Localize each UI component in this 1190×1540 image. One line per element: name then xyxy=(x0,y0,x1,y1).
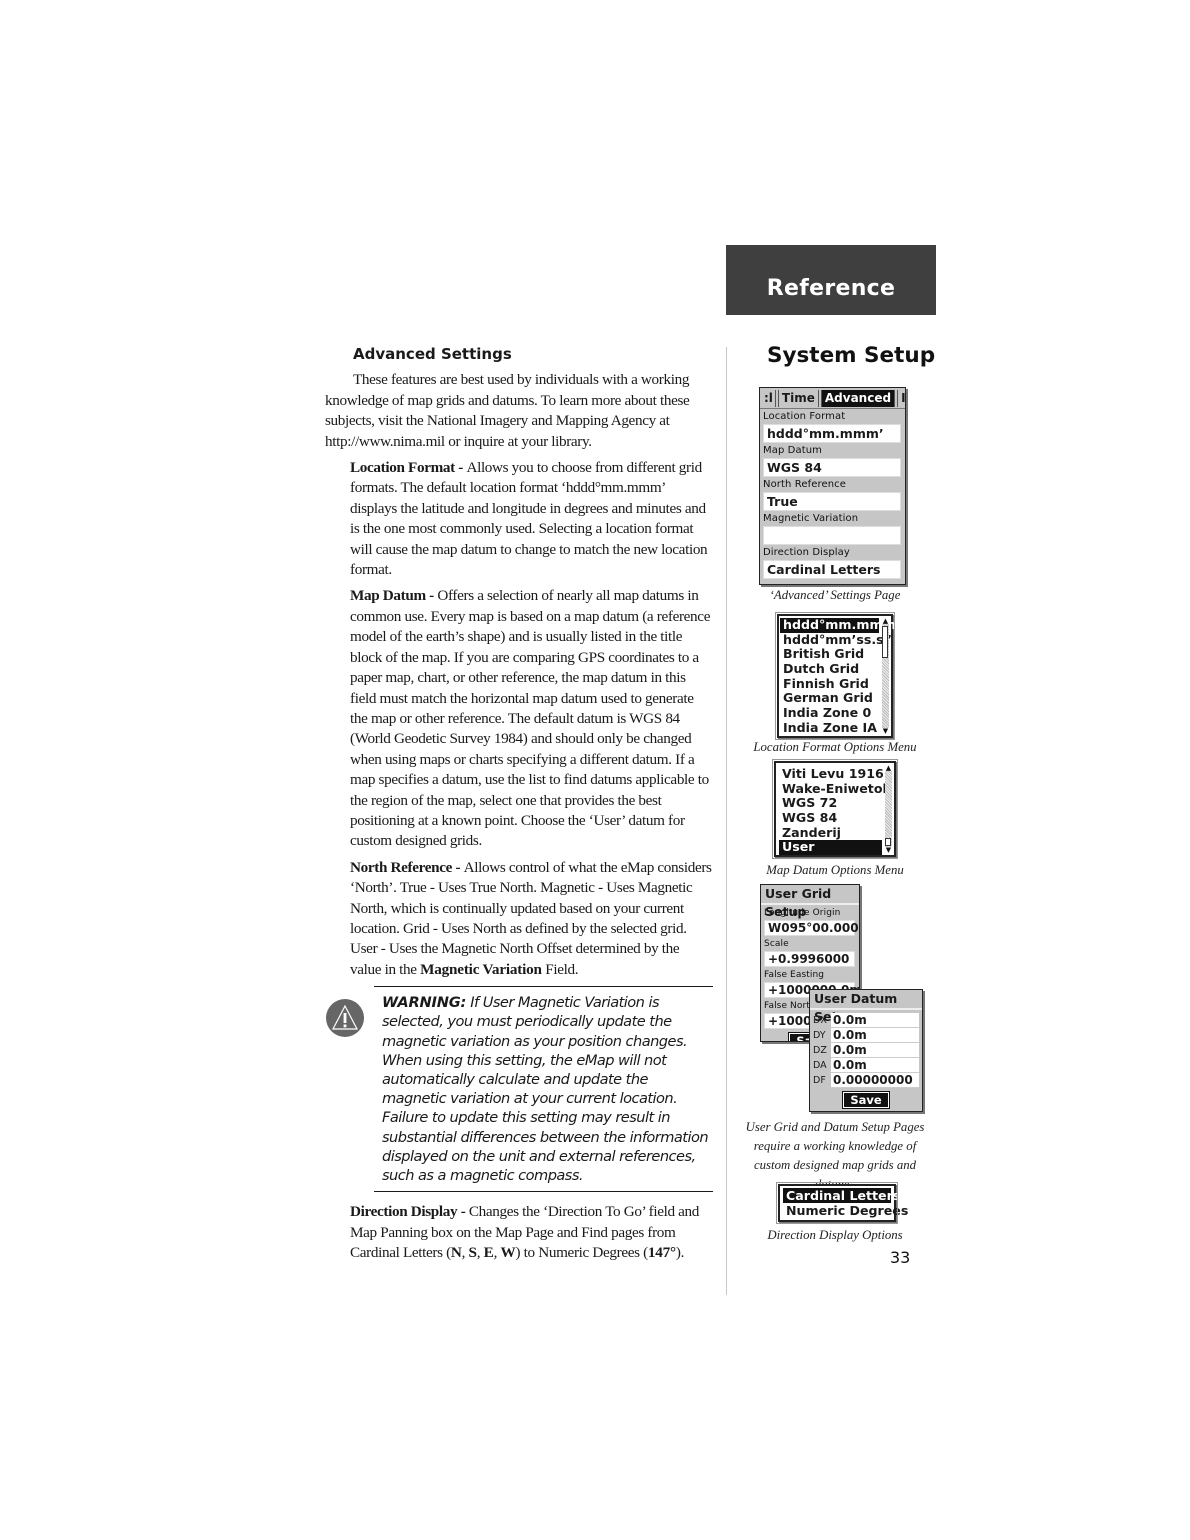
dy-field[interactable]: 0.0m xyxy=(831,1028,919,1043)
scrollbar[interactable]: ▲ ▼ xyxy=(885,765,892,853)
warning-triangle-icon xyxy=(326,999,364,1037)
section-tab-label: Reference xyxy=(767,276,895,301)
menu-item[interactable]: User xyxy=(779,840,882,855)
location-format-paragraph: Location Format - Allows you to choose f… xyxy=(350,458,713,580)
north-reference-tail: Field. xyxy=(542,961,578,978)
scale-label: Scale xyxy=(764,938,859,950)
left-column: Advanced Settings These features are bes… xyxy=(325,344,713,1269)
menu-item[interactable]: hddd°mm.mmm’ xyxy=(780,618,879,633)
north-reference-label: North Reference xyxy=(763,479,905,491)
map-datum-caption: Map Datum Options Menu xyxy=(740,861,930,880)
false-easting-label: False Easting xyxy=(764,969,859,981)
scroll-up-icon[interactable]: ▲ xyxy=(885,765,892,771)
location-format-term: Location Format - xyxy=(350,459,466,476)
menu-item[interactable]: India Zone IA xyxy=(780,721,879,736)
map-datum-field[interactable]: WGS 84 xyxy=(763,458,901,477)
map-datum-text: Offers a selection of nearly all map dat… xyxy=(350,587,710,849)
dz-row: DZ0.0m xyxy=(813,1043,919,1058)
direction-display-paragraph: Direction Display - Changes the ‘Directi… xyxy=(350,1202,713,1263)
letter-s: S xyxy=(469,1244,477,1261)
map-datum-label: Map Datum xyxy=(763,445,905,457)
scroll-down-icon[interactable]: ▼ xyxy=(885,847,892,853)
menu-item[interactable]: Cardinal Letters xyxy=(783,1188,891,1203)
advanced-settings-heading: Advanced Settings xyxy=(353,344,713,364)
tab-prev[interactable]: :l xyxy=(762,390,776,407)
warning-box: WARNING: If User Magnetic Variation is s… xyxy=(325,993,713,1185)
magnetic-variation-field[interactable] xyxy=(763,526,901,545)
scroll-thumb[interactable] xyxy=(882,626,888,658)
menu-item[interactable]: hddd°mm’ss.s” xyxy=(780,633,879,648)
menu-item[interactable]: Viti Levu 1916 xyxy=(779,767,882,782)
direction-display-menu: Cardinal Letters Numeric Degrees xyxy=(778,1184,896,1222)
column-divider xyxy=(726,347,727,1295)
north-reference-field[interactable]: True xyxy=(763,492,901,511)
magnetic-variation-term: Magnetic Variation xyxy=(420,961,542,978)
menu-item[interactable]: WGS 72 xyxy=(779,796,882,811)
menu-item[interactable]: Finnish Grid xyxy=(780,677,879,692)
warning-text: If User Magnetic Variation is selected, … xyxy=(382,994,708,1184)
datum-save-button[interactable]: Save xyxy=(843,1092,889,1108)
menu-item[interactable]: Wake-Eniwetok xyxy=(779,782,882,797)
user-grid-title: User Grid Setup xyxy=(761,885,859,905)
scrollbar[interactable]: ▲ ▼ xyxy=(882,618,889,734)
letter-n: N xyxy=(451,1244,462,1261)
direction-display-field[interactable]: Cardinal Letters xyxy=(763,560,901,579)
degrees-example: 147° xyxy=(648,1244,676,1261)
user-datum-title: User Datum Setup xyxy=(810,990,922,1010)
advanced-page-caption: ‘Advanced’ Settings Page xyxy=(740,586,930,605)
scroll-down-icon[interactable]: ▼ xyxy=(882,728,889,734)
intro-paragraph: These features are best used by individu… xyxy=(325,370,713,452)
tab-next[interactable]: I xyxy=(897,390,908,407)
setup-pages-caption: User Grid and Datum Setup Pages require … xyxy=(736,1118,934,1194)
menu-item[interactable]: Numeric Degrees xyxy=(783,1203,891,1218)
location-format-label: Location Format xyxy=(763,411,905,423)
map-datum-menu: Viti Levu 1916 Wake-Eniwetok WGS 72 WGS … xyxy=(774,761,896,857)
longitude-origin-field[interactable]: W095°00.000’ xyxy=(764,920,855,936)
advanced-settings-screen: :l Time Advanced I Location Format hddd°… xyxy=(759,387,906,585)
location-format-text: Allows you to choose from different grid… xyxy=(350,459,707,578)
tab-advanced[interactable]: Advanced xyxy=(821,390,895,407)
location-format-caption: Location Format Options Menu xyxy=(735,738,935,757)
df-field[interactable]: 0.00000000 xyxy=(831,1073,919,1088)
dz-label: DZ xyxy=(813,1045,831,1056)
magnetic-variation-label: Magnetic Variation xyxy=(763,513,905,525)
direction-display-caption: Direction Display Options xyxy=(745,1226,925,1245)
warning-label: WARNING: xyxy=(382,994,466,1011)
df-label: DF xyxy=(813,1075,831,1086)
warning-top-rule xyxy=(374,986,713,987)
menu-item[interactable]: Dutch Grid xyxy=(780,662,879,677)
direction-display-label: Direction Display xyxy=(763,547,905,559)
letter-e: E xyxy=(484,1244,494,1261)
direction-display-term: Direction Display - xyxy=(350,1203,469,1220)
menu-item[interactable]: German Grid xyxy=(780,691,879,706)
direction-display-text-2: ) to Numeric Degrees ( xyxy=(516,1244,648,1261)
da-row: DA0.0m xyxy=(813,1058,919,1073)
settings-tabs: :l Time Advanced I xyxy=(760,388,905,409)
location-format-menu: hddd°mm.mmm’ hddd°mm’ss.s” British Grid … xyxy=(777,614,893,738)
menu-item[interactable]: WGS 84 xyxy=(779,811,882,826)
user-datum-setup-screen: User Datum Setup DX0.0m DY0.0m DZ0.0m DA… xyxy=(809,989,923,1112)
scroll-up-icon[interactable]: ▲ xyxy=(882,618,889,624)
tab-time[interactable]: Time xyxy=(778,390,819,407)
warning-bottom-rule xyxy=(374,1191,713,1192)
system-setup-title: System Setup xyxy=(767,343,935,368)
north-reference-paragraph: North Reference - Allows control of what… xyxy=(350,858,713,980)
page-number: 33 xyxy=(890,1248,910,1267)
direction-display-text-3: ). xyxy=(676,1244,684,1261)
menu-item[interactable]: India Zone 0 xyxy=(780,706,879,721)
map-datum-paragraph: Map Datum - Offers a selection of nearly… xyxy=(350,586,713,851)
scroll-thumb[interactable] xyxy=(885,838,891,846)
dz-field[interactable]: 0.0m xyxy=(831,1043,919,1058)
dx-label: DX xyxy=(813,1015,831,1026)
map-datum-term: Map Datum - xyxy=(350,587,437,604)
longitude-origin-label: Longitude Origin xyxy=(764,907,859,919)
dy-row: DY0.0m xyxy=(813,1028,919,1043)
scale-field[interactable]: +0.9996000 xyxy=(764,951,855,967)
location-format-field[interactable]: hddd°mm.mmm’ xyxy=(763,424,901,443)
dx-row: DX0.0m xyxy=(813,1013,919,1028)
da-field[interactable]: 0.0m xyxy=(831,1058,919,1073)
menu-item[interactable]: British Grid xyxy=(780,647,879,662)
menu-item[interactable]: Zanderij xyxy=(779,826,882,841)
df-row: DF0.00000000 xyxy=(813,1073,919,1088)
north-reference-term: North Reference - xyxy=(350,859,464,876)
section-tab-reference: Reference xyxy=(726,245,936,315)
da-label: DA xyxy=(813,1060,831,1071)
letter-w: W xyxy=(501,1244,516,1261)
dy-label: DY xyxy=(813,1030,831,1041)
dx-field[interactable]: 0.0m xyxy=(831,1013,919,1028)
